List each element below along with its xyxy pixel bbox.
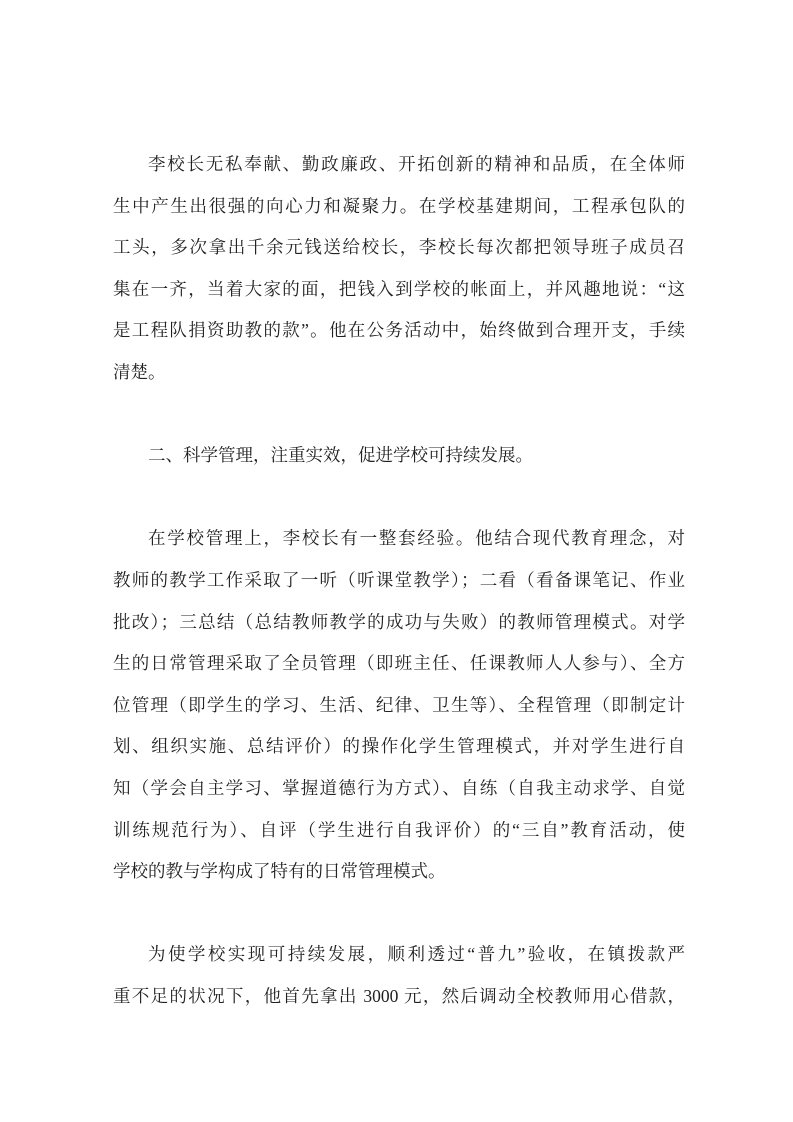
document-page: 李校长无私奉献、勤政廉政、开拓创新的精神和品质，在全体师 生中产生出很强的向心力… [0,0,793,1122]
text-line: 学校的教与学构成了特有的日常管理模式。 [113,851,685,893]
text-line: 教师的教学工作采取了一听（听课堂教学）；二看（看备课笔记、作业 [113,560,685,602]
text-line: 李校长无私奉献、勤政廉政、开拓创新的精神和品质，在全体师 [113,144,685,186]
text-line: 划、组织实施、总结评价）的操作化学生管理模式，并对学生进行自 [113,726,685,768]
text-line: 为使学校实现可持续发展，顺利透过“普九”验收，在镇拨款严 [113,934,685,976]
text-line: 知（学会自主学习、掌握道德行为方式）、自练（自我主动求学、自觉 [113,768,685,810]
text-line: 训练规范行为）、自评（学生进行自我评价）的“三自”教育活动，使 [113,810,685,852]
text-line: 生的日常管理采取了全员管理（即班主任、任课教师人人参与）、全方 [113,643,685,685]
heading-line: 二、科学管理，注重实效，促进学校可持续发展。 [113,435,685,477]
paragraph-3: 为使学校实现可持续发展，顺利透过“普九”验收，在镇拨款严 重不足的状况下，他首先… [113,934,685,1017]
paragraph-2: 在学校管理上，李校长有一整套经验。他结合现代教育理念，对 教师的教学工作采取了一… [113,518,685,892]
section-heading: 二、科学管理，注重实效，促进学校可持续发展。 [113,435,685,477]
text-line: 生中产生出很强的向心力和凝聚力。在学校基建期间，工程承包队的 [113,186,685,228]
text-line: 批改）；三总结（总结教师教学的成功与失败）的教师管理模式。对学 [113,602,685,644]
text-line: 重不足的状况下，他首先拿出 3000 元，然后调动全校教师用心借款， [113,976,685,1018]
text-line: 位管理（即学生的学习、生活、纪律、卫生等）、全程管理（即制定计 [113,685,685,727]
text-line: 清楚。 [113,352,685,394]
text-line: 集在一齐，当着大家的面，把钱入到学校的帐面上，并风趣地说：“这 [113,269,685,311]
text-line: 在学校管理上，李校长有一整套经验。他结合现代教育理念，对 [113,518,685,560]
text-line: 工头，多次拿出千余元钱送给校长，李校长每次都把领导班子成员召 [113,227,685,269]
paragraph-1: 李校长无私奉献、勤政廉政、开拓创新的精神和品质，在全体师 生中产生出很强的向心力… [113,144,685,394]
text-line: 是工程队捐资助教的款”。他在公务活动中，始终做到合理开支，手续 [113,310,685,352]
document-body: 李校长无私奉献、勤政廉政、开拓创新的精神和品质，在全体师 生中产生出很强的向心力… [113,144,685,1017]
